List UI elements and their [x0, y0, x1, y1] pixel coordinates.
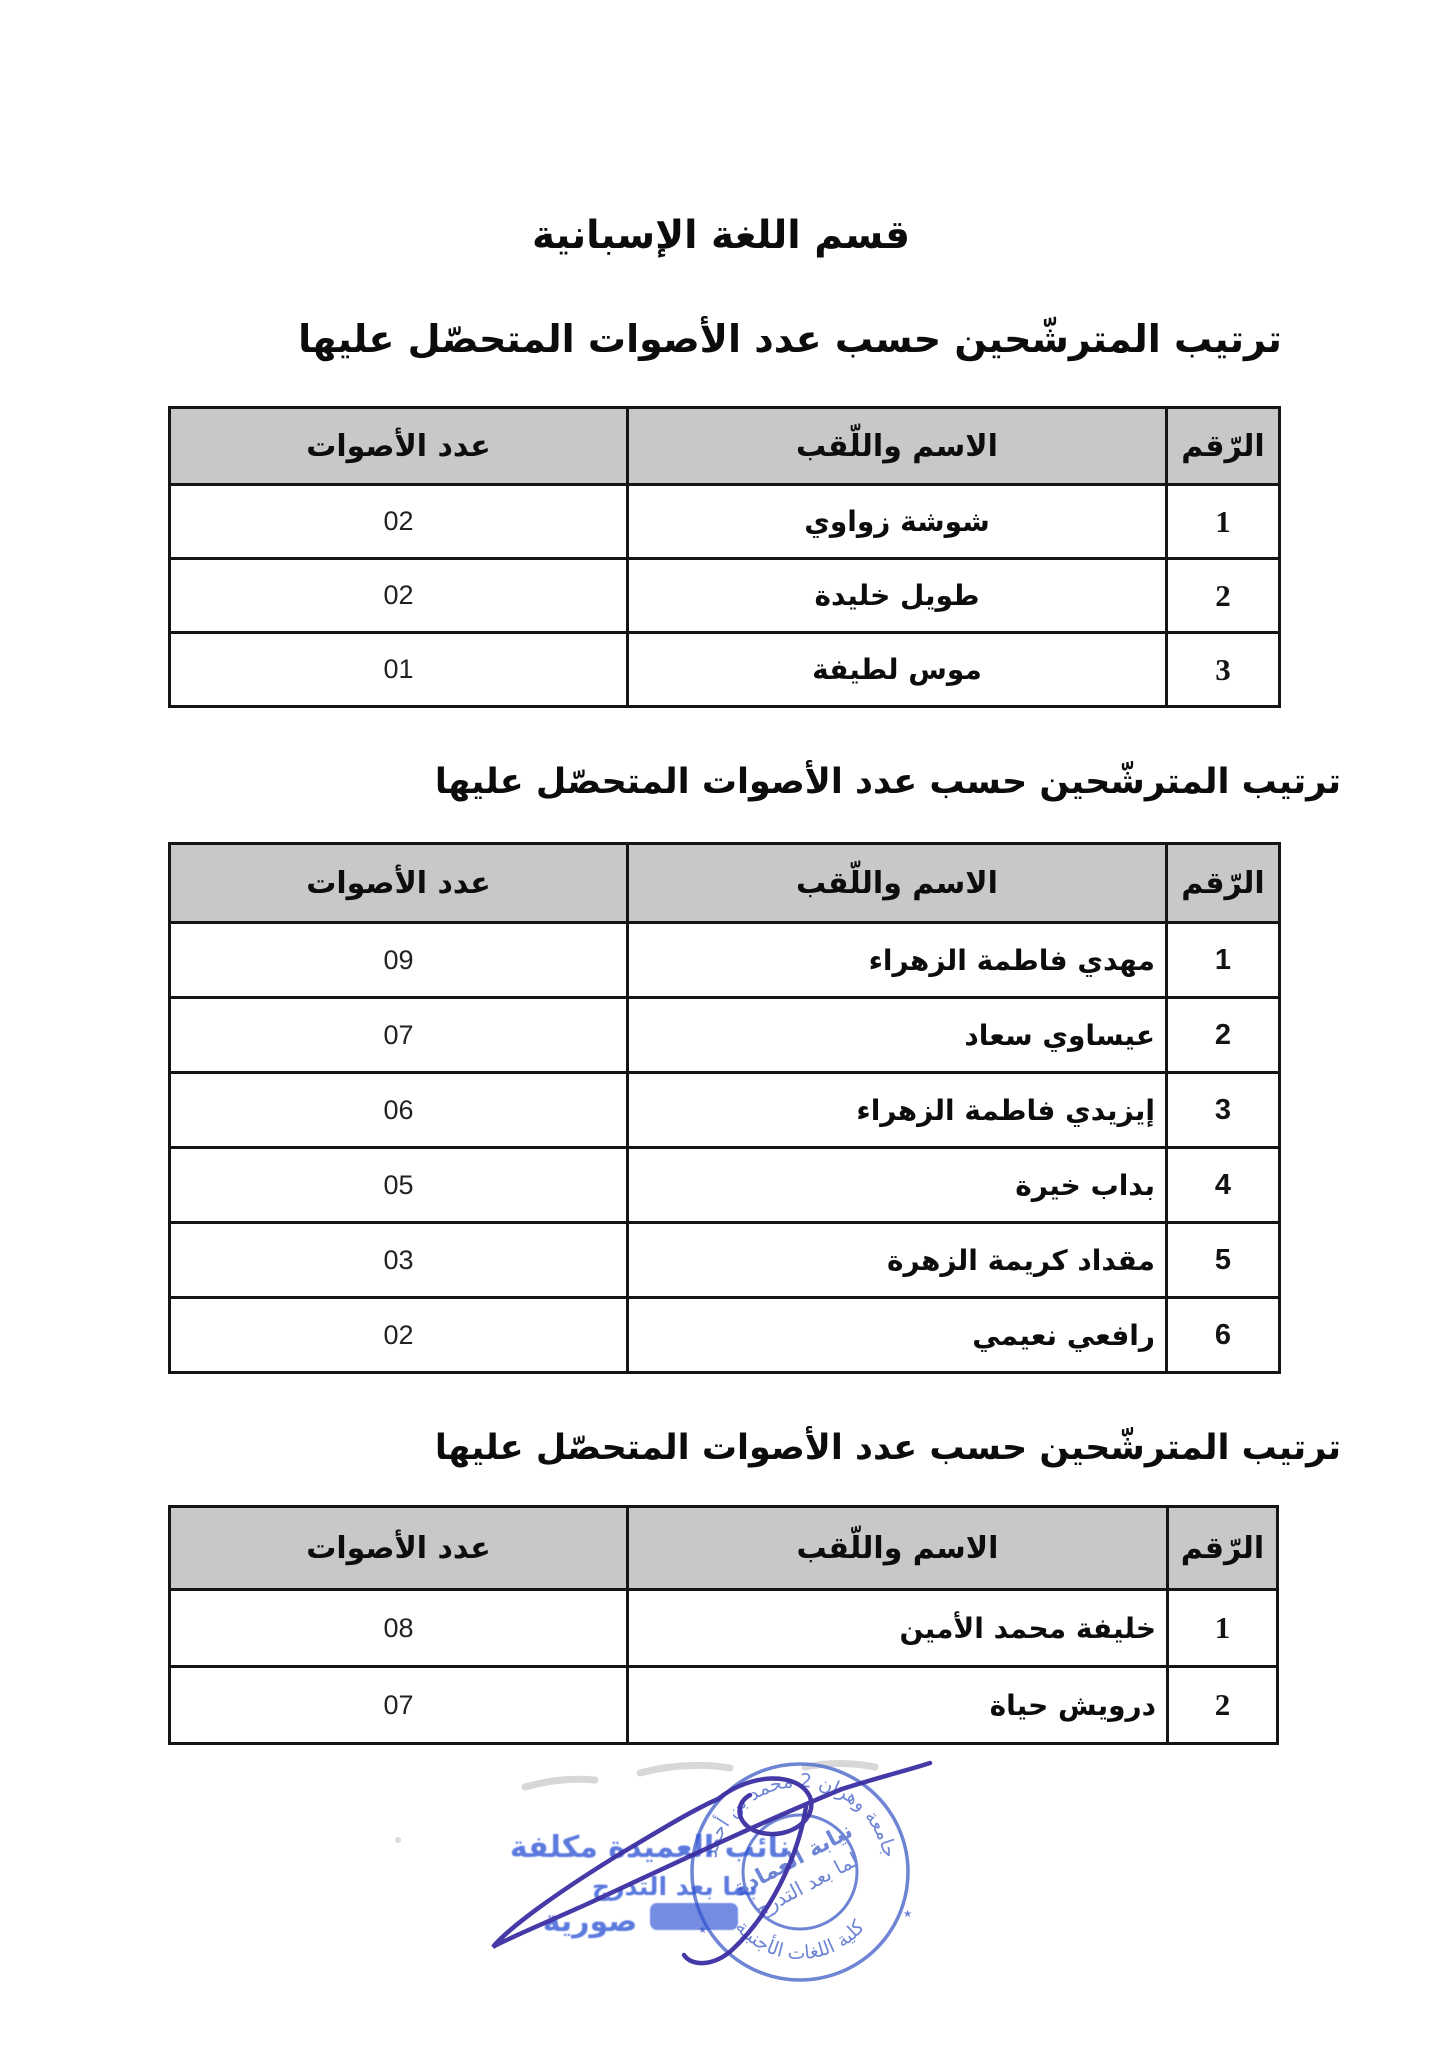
column-header-rank: الرّقم: [1167, 844, 1280, 923]
name-cell: إيزيدي فاطمة الزهراء: [628, 1073, 1167, 1148]
column-header-rank: الرّقم: [1167, 408, 1280, 485]
name-cell: مقداد كريمة الزهرة: [628, 1223, 1167, 1298]
column-header-name: الاسم واللّقب: [628, 408, 1167, 485]
column-header-votes: عدد الأصوات: [170, 844, 628, 923]
stamp-ring-text-bottom: كلية اللغات الأجنبية: [731, 1916, 870, 1965]
section-heading-2: ترتيب المترشّحين حسب عدد الأصوات المتحصّ…: [388, 762, 1388, 802]
rank-cell: 3: [1167, 1073, 1280, 1148]
votes-cell: 03: [170, 1223, 628, 1298]
ranking-table-2: الرّقم الاسم واللّقب عدد الأصوات 1 مهدي …: [168, 842, 1281, 1374]
rank-cell: 2: [1167, 559, 1280, 633]
ink-stamp-line-3: صورية: [543, 1904, 638, 1939]
name-cell: رافعي نعيمي: [628, 1298, 1167, 1373]
name-cell: شوشة زواوي: [628, 485, 1167, 559]
scanned-document-page: قسم اللغة الإسبانية ترتيب المترشّحين حسب…: [0, 0, 1448, 2048]
ranking-table-3: الرّقم الاسم واللّقب عدد الأصوات 1 خليفة…: [168, 1505, 1279, 1745]
column-header-name: الاسم واللّقب: [628, 1507, 1168, 1590]
rank-cell: 2: [1167, 998, 1280, 1073]
votes-cell: 06: [170, 1073, 628, 1148]
table-row: 1 خليفة محمد الأمين 08: [170, 1590, 1278, 1667]
votes-cell: 08: [170, 1590, 628, 1667]
section-heading-1: ترتيب المترشّحين حسب عدد الأصوات المتحصّ…: [290, 317, 1290, 361]
votes-cell: 02: [170, 1298, 628, 1373]
rank-cell: 5: [1167, 1223, 1280, 1298]
table-row: 5 مقداد كريمة الزهرة 03: [170, 1223, 1280, 1298]
rank-cell: 1: [1167, 923, 1280, 998]
votes-cell: 07: [170, 1667, 628, 1744]
votes-cell: 05: [170, 1148, 628, 1223]
rank-cell: 2: [1168, 1667, 1278, 1744]
column-header-votes: عدد الأصوات: [170, 1507, 628, 1590]
ink-stamp-smudge: [650, 1903, 738, 1930]
section-heading-3: ترتيب المترشّحين حسب عدد الأصوات المتحصّ…: [388, 1428, 1388, 1468]
page-title: قسم اللغة الإسبانية: [221, 213, 1221, 258]
rank-cell: 3: [1167, 633, 1280, 707]
column-header-name: الاسم واللّقب: [628, 844, 1167, 923]
votes-cell: 01: [170, 633, 628, 707]
table-row: 1 مهدي فاطمة الزهراء 09: [170, 923, 1280, 998]
stamp-signature-area: جامعة وهران 2 محمد بن أحمد كلية اللغات ا…: [250, 1745, 1110, 2048]
rank-cell: 4: [1167, 1148, 1280, 1223]
name-cell: عيساوي سعاد: [628, 998, 1167, 1073]
table-row: 1 شوشة زواوي 02: [170, 485, 1280, 559]
table-row: 2 عيساوي سعاد 07: [170, 998, 1280, 1073]
column-header-rank: الرّقم: [1168, 1507, 1278, 1590]
table-row: 4 بداب خيرة 05: [170, 1148, 1280, 1223]
table-row: 6 رافعي نعيمي 02: [170, 1298, 1280, 1373]
header-row: الرّقم الاسم واللّقب عدد الأصوات: [170, 1507, 1278, 1590]
ranking-table-1: الرّقم الاسم واللّقب عدد الأصوات 1 شوشة …: [168, 406, 1281, 708]
votes-cell: 07: [170, 998, 628, 1073]
stamp-star-right: ٭: [903, 1904, 912, 1924]
header-row: الرّقم الاسم واللّقب عدد الأصوات: [170, 408, 1280, 485]
rank-cell: 6: [1167, 1298, 1280, 1373]
name-cell: بداب خيرة: [628, 1148, 1167, 1223]
rank-cell: 1: [1167, 485, 1280, 559]
table-row: 2 طويل خليدة 02: [170, 559, 1280, 633]
table-row: 3 موس لطيفة 01: [170, 633, 1280, 707]
svg-text:كلية اللغات الأجنبية: كلية اللغات الأجنبية: [731, 1916, 870, 1965]
name-cell: خليفة محمد الأمين: [628, 1590, 1168, 1667]
header-row: الرّقم الاسم واللّقب عدد الأصوات: [170, 844, 1280, 923]
name-cell: درويش حياة: [628, 1667, 1168, 1744]
table-row: 2 درويش حياة 07: [170, 1667, 1278, 1744]
table-row: 3 إيزيدي فاطمة الزهراء 06: [170, 1073, 1280, 1148]
rank-cell: 1: [1168, 1590, 1278, 1667]
name-cell: مهدي فاطمة الزهراء: [628, 923, 1167, 998]
votes-cell: 02: [170, 485, 628, 559]
name-cell: طويل خليدة: [628, 559, 1167, 633]
votes-cell: 09: [170, 923, 628, 998]
votes-cell: 02: [170, 559, 628, 633]
name-cell: موس لطيفة: [628, 633, 1167, 707]
column-header-votes: عدد الأصوات: [170, 408, 628, 485]
ink-stamp-line-2: بما بعد التدرج: [592, 1872, 758, 1902]
